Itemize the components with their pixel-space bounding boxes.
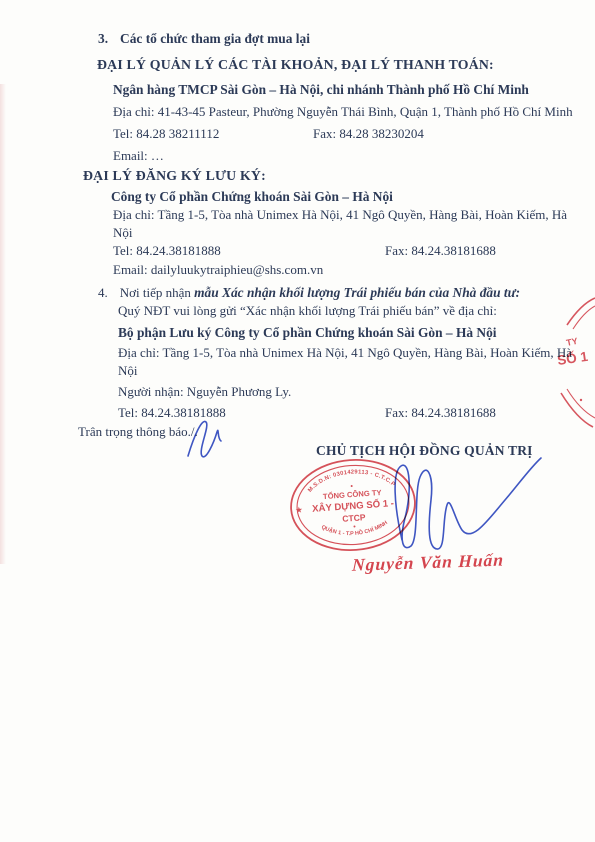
registrar-email: Email: dailyluukytraiphieu@shs.com.vn [113,262,323,278]
section4-recipient: Bộ phận Lưu ký Công ty Cổ phần Chứng kho… [118,325,497,341]
section3-title: Các tổ chức tham gia đợt mua lại [120,31,310,46]
signature-title: CHỦ TỊCH HỘI ĐỒNG QUẢN TRỊ [316,443,533,459]
seal-dot-bottom [353,525,355,527]
section4-fax: Fax: 84.24.38181688 [385,405,496,421]
edge-seal-arc-top-inner [573,306,595,329]
agent-manager-heading: ĐẠI LÝ QUẢN LÝ CÁC TÀI KHOẢN, ĐẠI LÝ THA… [97,57,494,74]
section4-instruction: Quý NĐT vui lòng gửi “Xác nhận khối lượn… [118,303,497,319]
section4-title-emphasis: mẫu Xác nhận khối lượng Trái phiếu bán c… [194,285,520,300]
section4-line: 4.Nơi tiếp nhận mẫu Xác nhận khối lượng … [98,285,520,301]
scan-edge-artifact [0,84,6,564]
section3-line: 3.Các tổ chức tham gia đợt mua lại [98,31,310,47]
registrar-address-line1: Địa chỉ: Tầng 1-5, Tòa nhà Unimex Hà Nội… [113,207,567,223]
registrar-heading: ĐẠI LÝ ĐĂNG KÝ LƯU KÝ: [83,168,266,185]
section4-address-line1: Địa chỉ: Tầng 1-5, Tòa nhà Unimex Hà Nội… [118,345,572,361]
edge-seal-speck [580,399,582,401]
edge-seal-arc-bottom-outer [561,393,593,427]
agent-manager-tel: Tel: 84.28 38211112 [113,126,219,142]
seal-dot-top [351,485,353,487]
edge-seal-text-line1: TY [565,336,578,348]
agent-manager-fax: Fax: 84.28 38230204 [313,126,424,142]
registrar-tel: Tel: 84.24.38181888 [113,243,221,259]
section4-contact-person: Người nhận: Nguyễn Phương Ly. [118,384,291,400]
company-seal-stamp: M.S.D.N: 0301429113 - C.T.C.P QUẬN 1 - T… [286,454,420,557]
registrar-fax: Fax: 84.24.38181688 [385,243,496,259]
edge-seal-arc-bottom-inner [567,389,595,418]
seal-center-line3: CTCP [342,512,366,524]
seal-star-icon: ★ [295,504,304,515]
agent-manager-name: Ngân hàng TMCP Sài Gòn – Hà Nội, chi nhá… [113,82,529,98]
agent-manager-address: Địa chỉ: 41-43-45 Pasteur, Phường Nguyễn… [113,104,573,120]
section4-number: 4. [98,285,108,300]
edge-seal-text-line2: SỐ 1 [556,349,589,368]
section4-tel: Tel: 84.24.38181888 [118,405,226,421]
edge-seal-arc-top-outer [567,298,595,325]
signer-name: Nguyễn Văn Huấn [352,549,513,576]
registrar-name: Công ty Cổ phần Chứng khoán Sài Gòn – Hà… [111,189,393,205]
edge-seal-fragment: TY SỐ 1 [555,295,595,433]
document-page: 3.Các tổ chức tham gia đợt mua lại ĐẠI L… [0,0,595,842]
section4-title-plain: Nơi tiếp nhận [120,285,194,300]
section3-number: 3. [98,31,108,46]
closing-text: Trân trọng thông báo./. [78,424,198,440]
registrar-address-line2: Nội [113,225,133,241]
ink-annotations [0,0,595,842]
section4-address-line2: Nội [118,363,138,379]
agent-manager-email: Email: … [113,148,164,164]
